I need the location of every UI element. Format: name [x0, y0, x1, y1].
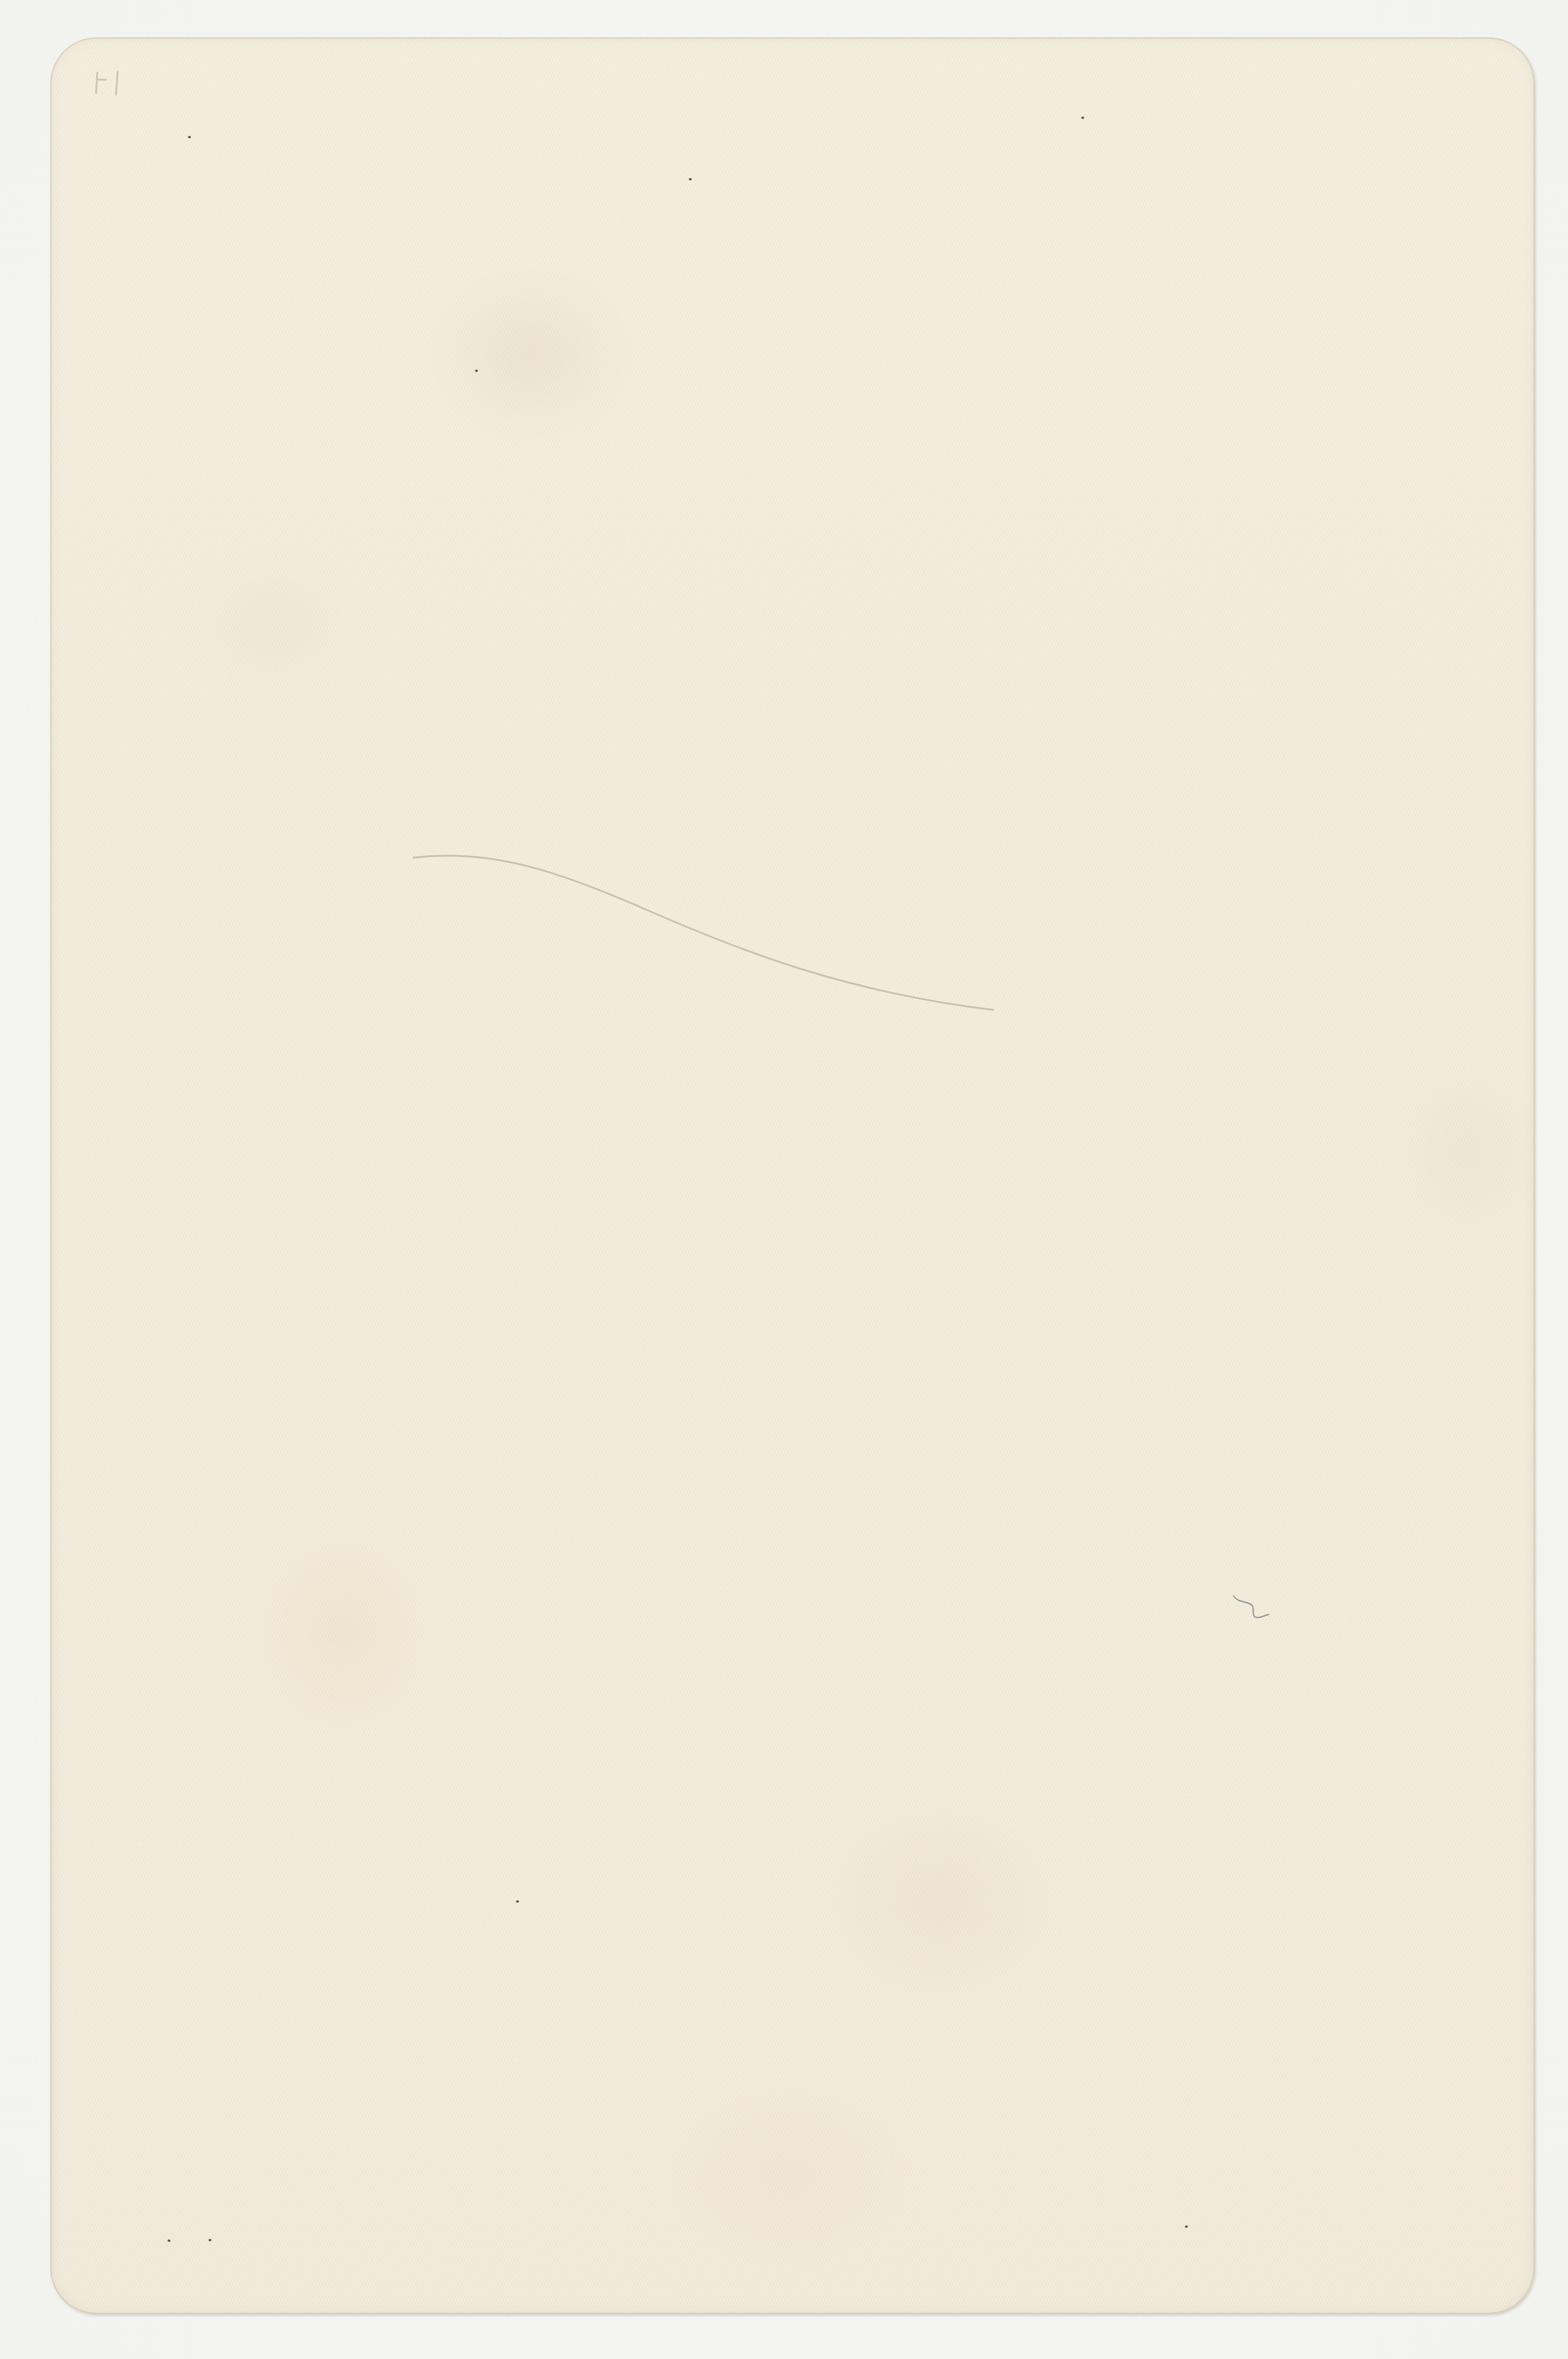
stray-fiber [1228, 1590, 1275, 1625]
dust-speck [516, 1900, 519, 1903]
dust-speck [475, 370, 478, 372]
dust-speck [1081, 117, 1084, 119]
dust-speck [168, 2239, 170, 2242]
dust-speck [689, 178, 692, 180]
cabinet-card-back [50, 37, 1535, 2314]
paper-texture [50, 37, 1535, 2314]
dust-speck [209, 2239, 211, 2241]
dust-speck [1185, 2225, 1188, 2228]
surface-scratch [402, 817, 1222, 1051]
dust-speck [188, 136, 191, 138]
faint-pencil-marks [86, 67, 156, 102]
